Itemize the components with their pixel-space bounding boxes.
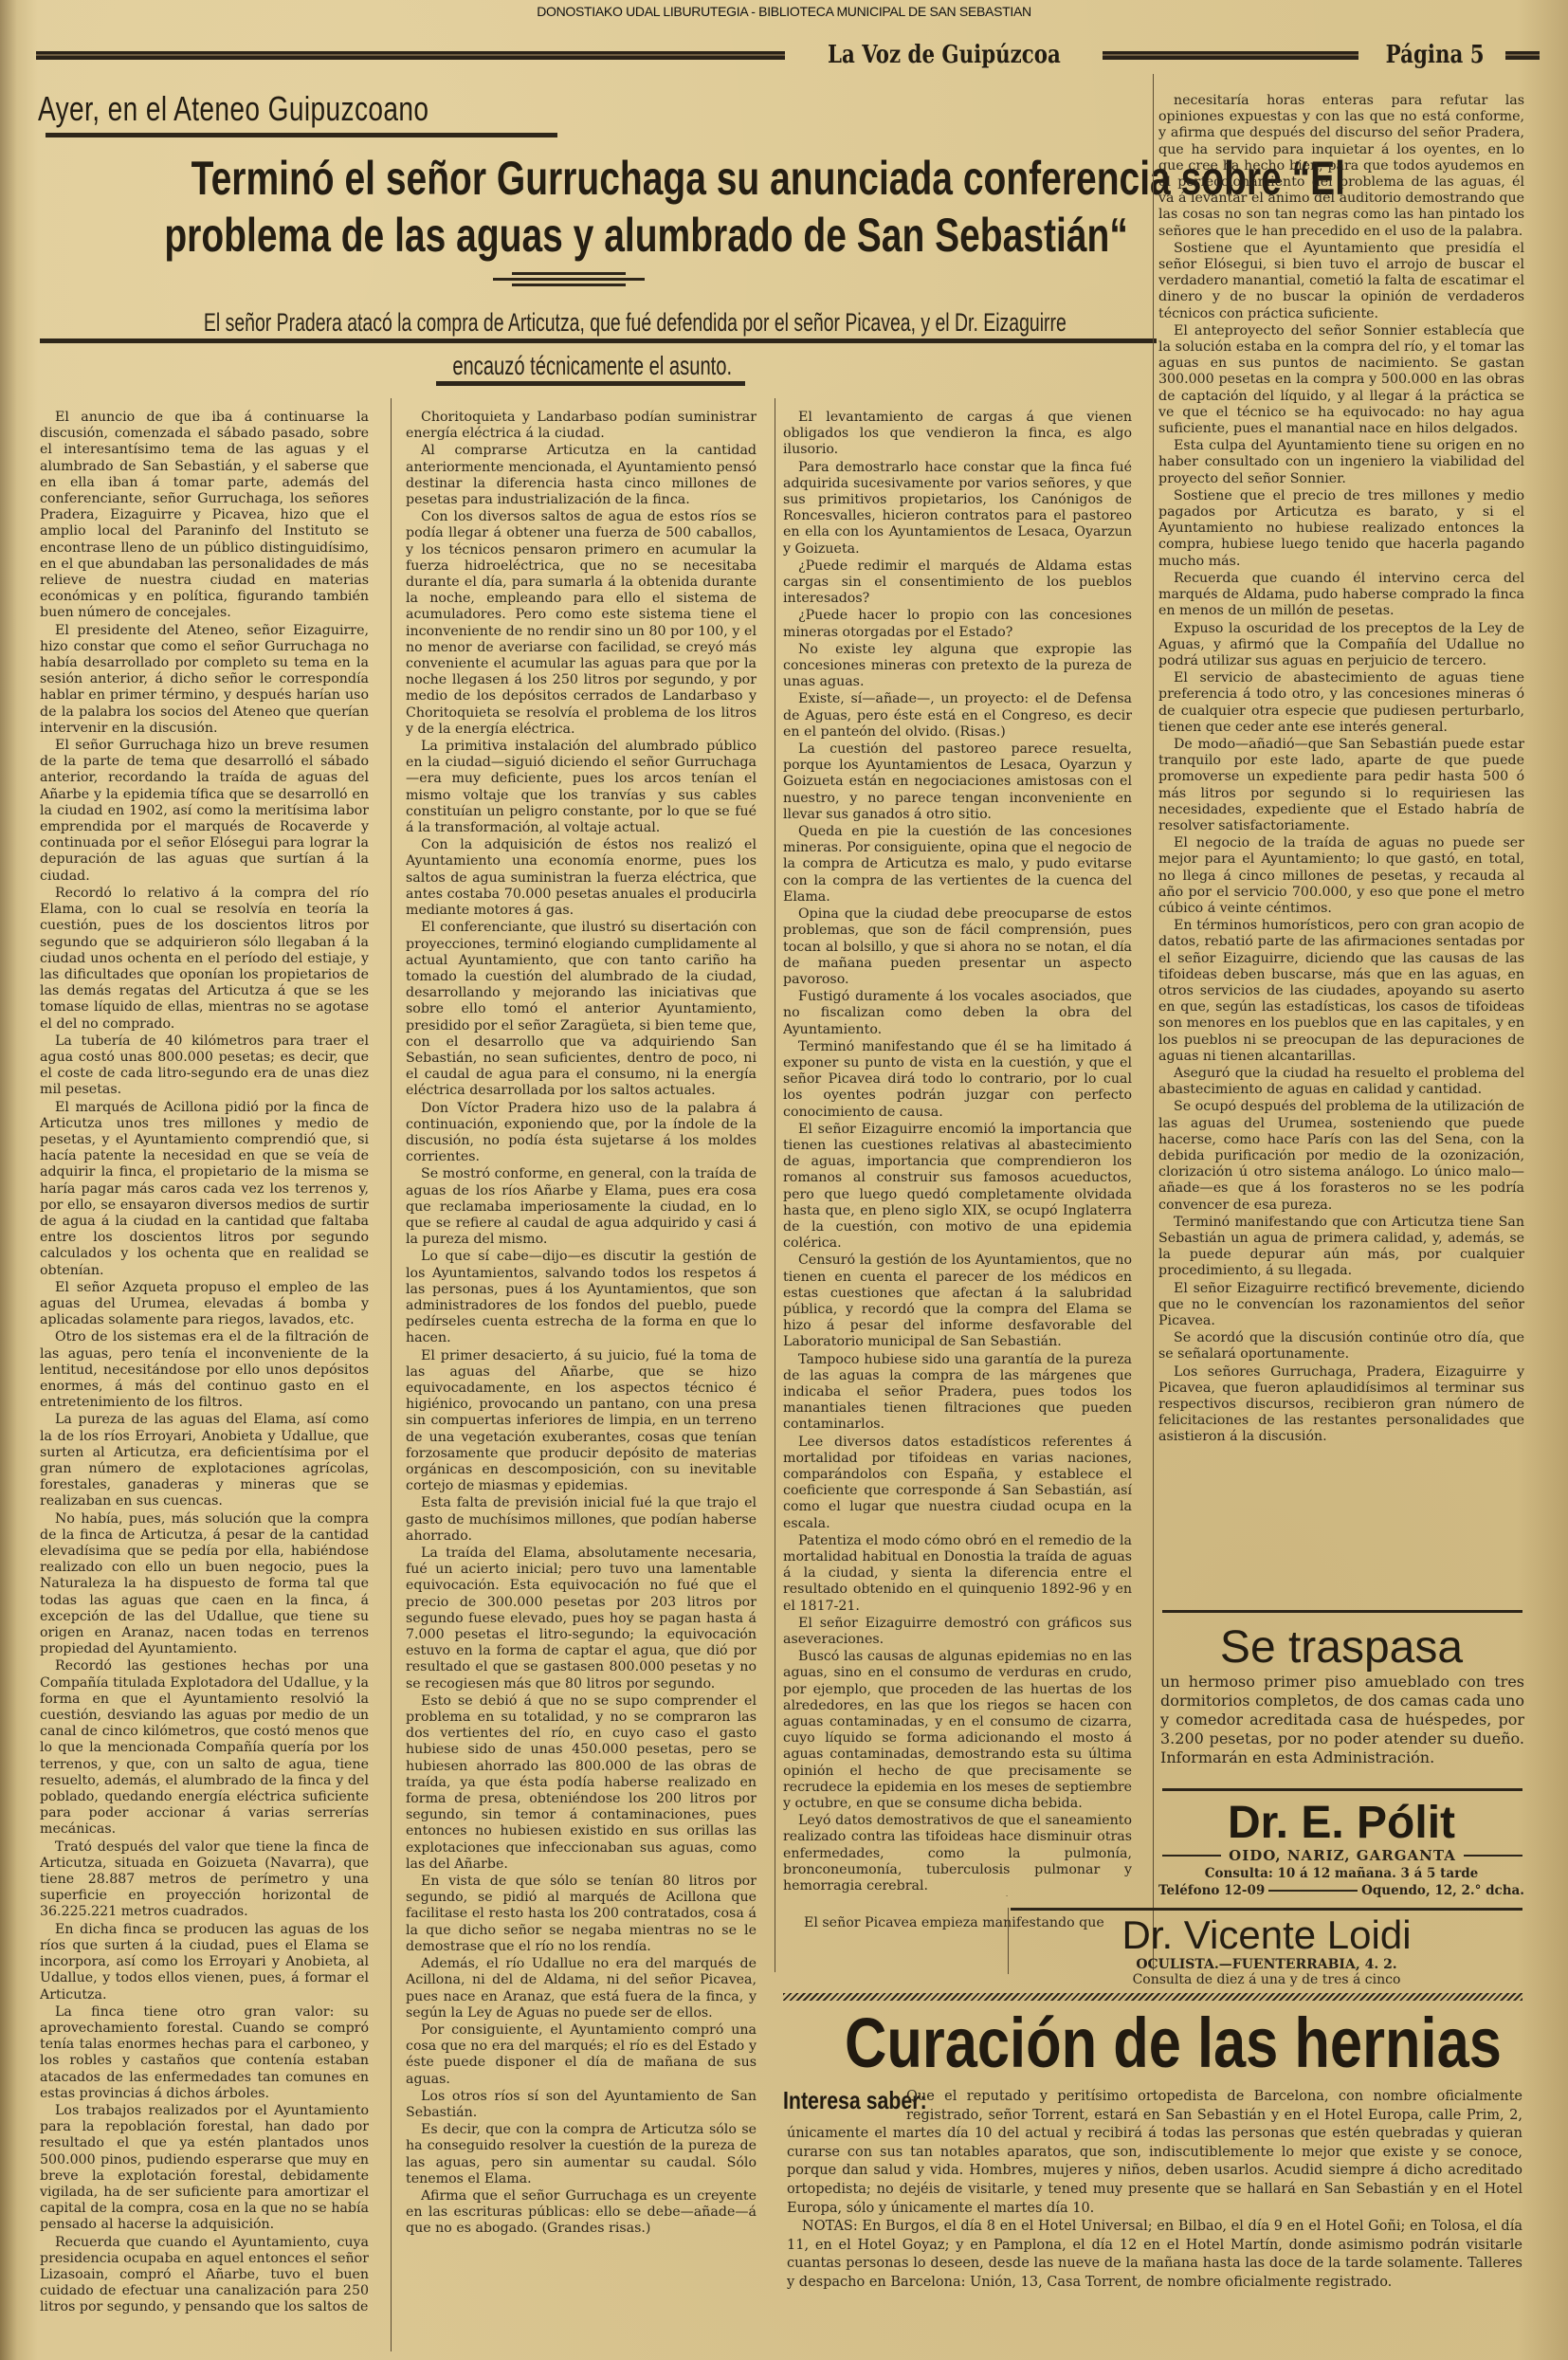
paragraph: Esta falta de previsión inicial fué la q…	[406, 1495, 757, 1545]
hernias-title-text: Curación de las hernias	[845, 2001, 1502, 2086]
article-subhead-continued: encauzó técnicamente el asunto.	[28, 351, 1157, 381]
page-number: Página 5	[1372, 41, 1492, 69]
paragraph: La cuestión del pastoreo parece resuelta…	[783, 741, 1132, 823]
paragraph: El señor Gurruchaga hizo un breve resume…	[40, 738, 369, 885]
paragraph: Censuró la gestión de los Ayuntamientos,…	[783, 1253, 1132, 1350]
subhead-rule	[40, 338, 1157, 343]
paragraph: Se ocupó después del problema de la util…	[1158, 1099, 1524, 1213]
paragraph: En términos humorísticos, pero con gran …	[1158, 918, 1524, 1065]
paragraph: Los señores Gurruchaga, Pradera, Eizagui…	[1158, 1364, 1524, 1446]
ad-traspasa-body: un hermoso primer piso amueblado con tre…	[1160, 1673, 1524, 1767]
paragraph: De modo—añadió—que San Sebastián puede e…	[1158, 737, 1524, 834]
paragraph: En dicha finca se producen las aguas de …	[40, 1922, 369, 2003]
paragraph: Existe, sí—añade—, un proyecto: el de De…	[783, 691, 1132, 741]
ad-hernias-body: Que el reputado y peritísimo ortopedista…	[787, 2088, 1522, 2293]
paragraph: Otro de los sistemas era el de la filtra…	[40, 1329, 369, 1411]
ad-hernias-notes: NOTAS: En Burgos, el día 8 en el Hotel U…	[787, 2218, 1522, 2292]
paragraph: El primer desacierto, á su juicio, fué l…	[406, 1348, 757, 1495]
masthead: La Voz de Guipúzcoa Página 5	[36, 42, 1540, 68]
paragraph: Recordó lo relativo á la compra del río …	[40, 886, 369, 1033]
paragraph: La traída del Elama, absolutamente neces…	[406, 1546, 757, 1692]
ad-border	[1011, 1908, 1522, 1911]
paragraph: Tampoco hubiese sido una garantía de la …	[783, 1352, 1132, 1434]
paragraph: Fustigó duramente á los vocales asociado…	[783, 989, 1132, 1038]
paragraph: necesitaría horas enteras para refutar l…	[1158, 93, 1524, 240]
column-divider	[1153, 74, 1154, 1970]
paragraph: Leyó datos demostrativos de que el sanea…	[783, 1813, 1132, 1894]
specialty-text: OIDO, NARIZ, GARGANTA	[1221, 1847, 1464, 1864]
paragraph: Por consiguiente, el Ayuntamiento compró…	[406, 2022, 757, 2088]
ad-polit-specialty: OIDO, NARIZ, GARGANTA	[1162, 1847, 1522, 1864]
subhead-line-2: encauzó técnicamente el asunto.	[453, 351, 733, 381]
paragraph: El servicio de abastecimiento de aguas t…	[1158, 670, 1524, 736]
paragraph: Se acordó que la discusión continúe otro…	[1158, 1330, 1524, 1363]
paragraph: Los trabajos realizados por el Ayuntamie…	[40, 2103, 369, 2234]
paragraph: El anteproyecto del señor Sonnier establ…	[1158, 323, 1524, 437]
paragraph: Esta culpa del Ayuntamiento tiene su ori…	[1158, 438, 1524, 487]
paragraph: Expuso la oscuridad de los preceptos de …	[1158, 621, 1524, 670]
paragraph: El anuncio de que iba á continuarse la d…	[40, 410, 369, 622]
lead-spacer	[787, 2088, 906, 2124]
paragraph: Además, el río Udallue no era del marqué…	[406, 1956, 757, 2022]
paragraph: Es decir, que con la compra de Articutza…	[406, 2122, 757, 2187]
ad-loidi-specialty: OCULISTA.—FUENTERRABIA, 4. 2.	[1011, 1957, 1522, 1972]
decorative-rule	[512, 284, 626, 286]
decorative-rule	[493, 278, 645, 281]
paragraph: Sostiene que el Ayuntamiento que presidí…	[1158, 241, 1524, 322]
paragraph: La pureza de las aguas del Elama, así co…	[40, 1412, 369, 1509]
paragraph: El levantamiento de cargas á que vienen …	[783, 410, 1132, 459]
newspaper-name: La Voz de Guipúzcoa	[813, 41, 1074, 69]
paragraph: Opina que la ciudad debe preocuparse de …	[783, 906, 1132, 988]
paragraph: La primitiva instalación del alumbrado p…	[406, 739, 757, 836]
paragraph: Esto se debió á que no se supo comprende…	[406, 1693, 757, 1873]
paragraph: Choritoquieta y Landarbaso podían sumini…	[406, 410, 757, 442]
ornament-line	[1162, 1855, 1221, 1857]
paragraph: El señor Eizaguirre rectificó brevemente…	[1158, 1281, 1524, 1330]
paragraph: No había, pues, más solución que la comp…	[40, 1511, 369, 1658]
paragraph: Sostiene que con la depuración de las ag…	[783, 1895, 1132, 1896]
paragraph: Queda en pie la cuestión de las concesio…	[783, 824, 1132, 906]
wavy-rule	[783, 1993, 1522, 2001]
paragraph: El negocio de la traída de aguas no pued…	[1158, 835, 1524, 917]
paragraph: El señor Azqueta propuso el empleo de la…	[40, 1280, 369, 1329]
paragraph: La tubería de 40 kilómetros para traer e…	[40, 1034, 369, 1099]
paragraph: El señor Eizaguirre demostró con gráfico…	[783, 1616, 1132, 1648]
paragraph: El marqués de Acillona pidió por la finc…	[40, 1100, 369, 1279]
paragraph: Lo que sí cabe—dijo—es discutir la gesti…	[406, 1249, 757, 1346]
paragraph: Don Víctor Pradera hizo uso de la palabr…	[406, 1101, 757, 1166]
paragraph: Con la adquisición de éstos nos realizó …	[406, 837, 757, 919]
paragraph: En vista de que sólo se tenían 80 litros…	[406, 1874, 757, 1955]
ad-loidi-title: Dr. Vicente Loidi	[1011, 1913, 1522, 1957]
ad-loidi-hours: Consulta de diez á una y de tres á cinco	[1011, 1972, 1522, 1987]
column-divider	[1008, 1908, 1009, 1974]
paragraph: Terminó manifestando que con Articutza t…	[1158, 1215, 1524, 1280]
ornament-line	[1464, 1855, 1522, 1857]
paragraph: Aseguró que la ciudad ha resuelto el pro…	[1158, 1066, 1524, 1098]
paragraph: Recuerda que cuando el Ayuntamiento, cuy…	[40, 2235, 369, 2316]
paragraph: Patentiza el modo cómo obró en el remedi…	[783, 1533, 1132, 1615]
paragraph: Para demostrarlo hace constar que la fin…	[783, 460, 1132, 558]
paragraph: Los otros ríos sí son del Ayuntamiento d…	[406, 2089, 757, 2121]
paragraph: No existe ley alguna que expropie las co…	[783, 642, 1132, 691]
paragraph: Recordó las gestiones hechas por una Com…	[40, 1658, 369, 1838]
ad-polit-phone: Teléfono 12-09	[1158, 1883, 1265, 1898]
ornament-line	[1268, 1890, 1358, 1892]
archive-header: DONOSTIAKO UDAL LIBURUTEGIA - BIBLIOTECA…	[0, 4, 1568, 19]
column-divider	[775, 398, 775, 1972]
kicker-rule	[46, 133, 557, 137]
decorative-rule	[512, 272, 626, 275]
ad-border	[1162, 1610, 1522, 1613]
paragraph: ¿Puede hacer lo propio con las concesion…	[783, 608, 1132, 640]
paragraph: Sostiene que el precio de tres millones …	[1158, 488, 1524, 570]
ad-polit-hours: Consulta: 10 á 12 mañana. 3 á 5 tarde	[1158, 1866, 1524, 1881]
paragraph: La finca tiene otro gran valor: su aprov…	[40, 2004, 369, 2102]
masthead-rule	[1103, 51, 1358, 60]
article-headline: Terminó el señor Gurruchaga su anunciada…	[28, 150, 1157, 264]
paragraph: Afirma que el señor Gurruchaga es un cre…	[406, 2188, 757, 2238]
paragraph: El presidente del Ateneo, señor Eizaguir…	[40, 623, 369, 737]
ad-hernias-title: Curación de las hernias	[777, 2001, 1526, 2086]
paragraph: ¿Puede redimir el marqués de Aldama esta…	[783, 558, 1132, 608]
column-divider	[391, 398, 392, 2351]
masthead-rule	[1505, 51, 1540, 60]
paragraph: Al comprarse Articutza en la cantidad an…	[406, 443, 757, 508]
ad-polit-title: Dr. E. Pólit	[1158, 1798, 1524, 1849]
paragraph: Se mostró conforme, en general, con la t…	[406, 1166, 757, 1248]
masthead-rule	[36, 51, 785, 60]
paragraph: Trató después del valor que tiene la fin…	[40, 1839, 369, 1921]
paragraph: El conferenciante, que ilustró su disert…	[406, 920, 757, 1099]
paragraph: Recuerda que cuando él intervino cerca d…	[1158, 571, 1524, 620]
headline-line-2: problema de las aguas y alumbrado de San…	[164, 207, 1127, 264]
article-kicker: Ayer, en el Ateneo Guipuzcoano	[38, 89, 428, 129]
subhead-rule	[436, 381, 745, 386]
ad-traspasa-title: Se traspasa	[1158, 1623, 1524, 1673]
article-column-4: necesitaría horas enteras para refutar l…	[1158, 93, 1524, 1601]
article-column-2: Choritoquieta y Landarbaso podían sumini…	[406, 410, 757, 2344]
paragraph: Terminó manifestando que él se ha limita…	[783, 1039, 1132, 1121]
ad-polit-contact: Teléfono 12-09 Oquendo, 12, 2.° dcha.	[1158, 1883, 1524, 1898]
subhead-line-1: El señor Pradera atacó la compra de Arti…	[204, 308, 1067, 338]
paragraph: Buscó las causas de algunas epidemias no…	[783, 1649, 1132, 1812]
ad-polit-address: Oquendo, 12, 2.° dcha.	[1361, 1883, 1524, 1898]
ad-border	[1162, 1788, 1522, 1791]
article-column-1: El anuncio de que iba á continuarse la d…	[40, 410, 369, 2344]
article-subhead: El señor Pradera atacó la compra de Arti…	[36, 308, 1164, 338]
paragraph: Con los diversos saltos de agua de estos…	[406, 509, 757, 738]
article-column-3: El levantamiento de cargas á que vienen …	[783, 410, 1132, 1896]
paragraph: El señor Eizaguirre encomió la importanc…	[783, 1122, 1132, 1253]
paragraph: Lee diversos datos estadísticos referent…	[783, 1435, 1132, 1532]
